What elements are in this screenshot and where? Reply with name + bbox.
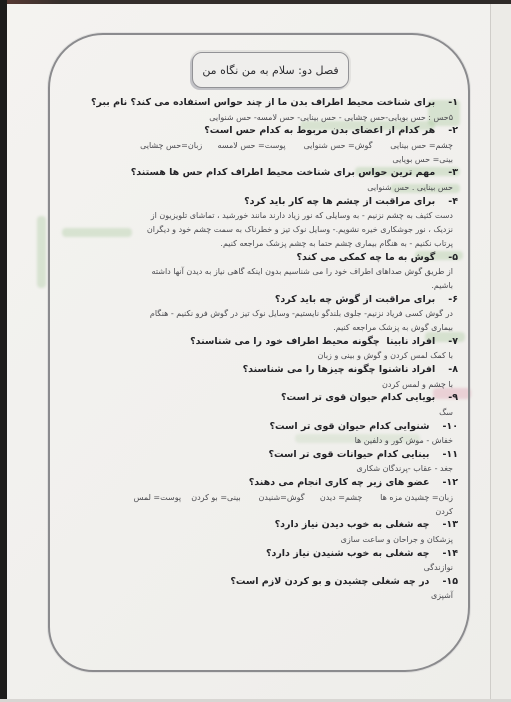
question-block: ۷-افراد نابینا چگونه محیط اطراف خود را م… [58, 335, 458, 363]
answer-line: جغد - عقاب -پرندگان شکاری [58, 462, 458, 476]
question-number: ۸- [448, 363, 458, 378]
question-block: ۶-برای مراقبت از گوش چه باید کرد؟در گوش … [58, 293, 458, 335]
question-text: چه شغلی به خوب دیدن نیاز دارد؟ [275, 519, 430, 530]
paper-right-margin [491, 4, 511, 702]
question-number: ۱۲- [442, 476, 458, 491]
question-line: ۱۱-بینایی کدام حیوانات قوی تر است؟ [58, 448, 458, 463]
ink-bleed-artifact [37, 216, 46, 288]
question-line: ۲-هر کدام از اعضای بدن مربوط به کدام حس … [58, 124, 458, 139]
answer-line: نزدیک ، نور جوشکاری خیره نشویم.- وسایل ن… [58, 223, 458, 237]
question-line: ۳-مهم ترین حواس برای شناخت محیط اطراف کد… [58, 166, 458, 181]
question-line: ۱۳-چه شغلی به خوب دیدن نیاز دارد؟ [58, 518, 458, 533]
question-number: ۶- [448, 293, 458, 308]
question-block: ۱۴-چه شغلی به خوب شنیدن نیاز دارد؟نوازند… [58, 547, 458, 575]
question-line: ۴-برای مراقبت از چشم ها چه کار باید کرد؟ [58, 195, 458, 210]
question-block: ۱-برای شناخت محیط اطراف بدن ما از چند حو… [58, 96, 458, 124]
scanned-worksheet-page: فصل دو: سلام به من نگاه من ۱-برای شناخت … [0, 0, 511, 702]
question-list: ۱-برای شناخت محیط اطراف بدن ما از چند حو… [58, 96, 458, 603]
answer-line: کردن [58, 505, 458, 519]
answer-line: نوازندگی [58, 561, 458, 575]
answer-line: بیماری گوش به پزشک مراجعه کنیم. [58, 321, 458, 335]
question-block: ۱۱-بینایی کدام حیوانات قوی تر است؟جغد - … [58, 448, 458, 476]
answer-line: حس بینایی . حس شنوایی [58, 181, 458, 195]
question-block: ۴-برای مراقبت از چشم ها چه کار باید کرد؟… [58, 195, 458, 251]
question-line: ۱-برای شناخت محیط اطراف بدن ما از چند حو… [58, 96, 458, 111]
question-text: برای مراقبت از گوش چه باید کرد؟ [275, 294, 435, 305]
question-number: ۱- [448, 96, 458, 111]
question-block: ۱۲-عضو های زیر چه کاری انجام می دهند؟زبا… [58, 476, 458, 518]
chapter-title: فصل دو: سلام به من نگاه من [202, 64, 338, 77]
question-text: هر کدام از اعضای بدن مربوط به کدام حس اس… [204, 125, 435, 136]
answer-line: با کمک لمس کردن و گوش و بینی و زبان [58, 349, 458, 363]
question-number: ۱۱- [442, 448, 458, 463]
question-block: ۸-افراد ناشنوا چگونه چیزها را می شناسند؟… [58, 363, 458, 391]
question-number: ۱۰- [442, 420, 458, 435]
answer-line: سگ [58, 406, 458, 420]
question-number: ۳- [448, 166, 458, 181]
question-line: ۱۴-چه شغلی به خوب شنیدن نیاز دارد؟ [58, 547, 458, 562]
answer-line: با چشم و لمس کردن [58, 378, 458, 392]
question-block: ۹-بویایی کدام حیوان قوی تر است؟سگ [58, 391, 458, 419]
question-text: عضو های زیر چه کاری انجام می دهند؟ [249, 477, 430, 488]
answer-line: چشم= حس بینایی گوش= حس شنوایی پوست= حس ل… [58, 139, 458, 153]
answer-line: پزشکان و جراحان و ساعت سازی [58, 533, 458, 547]
question-text: برای مراقبت از چشم ها چه کار باید کرد؟ [244, 196, 435, 207]
question-block: ۲-هر کدام از اعضای بدن مربوط به کدام حس … [58, 124, 458, 166]
answer-line: خفاش - موش کور و دلفین ها [58, 434, 458, 448]
question-block: ۵-گوش به ما چه کمکی می کند؟از طریق گوش ص… [58, 251, 458, 293]
chapter-title-box: فصل دو: سلام به من نگاه من [192, 52, 349, 88]
question-number: ۹- [448, 391, 458, 406]
question-line: ۵-گوش به ما چه کمکی می کند؟ [58, 251, 458, 266]
question-line: ۷-افراد نابینا چگونه محیط اطراف خود را م… [58, 335, 458, 350]
answer-line: آشپزی [58, 589, 458, 603]
answer-line: بینی= حس بویایی [58, 153, 458, 167]
question-number: ۵- [448, 251, 458, 266]
question-number: ۴- [448, 195, 458, 210]
question-text: چه شغلی به خوب شنیدن نیاز دارد؟ [266, 548, 430, 559]
question-text: افراد نابینا چگونه محیط اطراف خود را می … [190, 336, 435, 347]
question-block: ۱۳-چه شغلی به خوب دیدن نیاز دارد؟پزشکان … [58, 518, 458, 546]
question-number: ۷- [448, 335, 458, 350]
question-number: ۱۳- [442, 518, 458, 533]
scanner-edge-top [0, 0, 511, 4]
question-line: ۹-بویایی کدام حیوان قوی تر است؟ [58, 391, 458, 406]
question-text: برای شناخت محیط اطراف بدن ما از چند حواس… [91, 97, 435, 108]
question-text: در چه شغلی چشیدن و بو کردن لازم است؟ [230, 576, 429, 587]
question-text: گوش به ما چه کمکی می کند؟ [296, 252, 435, 263]
answer-line: از طریق گوش صداهای اطراف خود را می شناسی… [58, 265, 458, 279]
answer-line: در گوش کسی فریاد نزنیم- جلوی بلندگو نایس… [58, 307, 458, 321]
question-number: ۲- [448, 124, 458, 139]
question-block: ۳-مهم ترین حواس برای شناخت محیط اطراف کد… [58, 166, 458, 194]
question-text: افراد ناشنوا چگونه چیزها را می شناسند؟ [243, 364, 436, 375]
answer-line: ۵حس : حس بویایی-حس چشایی - حس بینایی- حس… [58, 111, 458, 125]
question-number: ۱۴- [442, 547, 458, 562]
answer-line: پرتاب نکنیم - به هنگام بیماری چشم حتما ب… [58, 237, 458, 251]
question-text: مهم ترین حواس برای شناخت محیط اطراف کدام… [131, 167, 435, 178]
question-line: ۱۲-عضو های زیر چه کاری انجام می دهند؟ [58, 476, 458, 491]
question-text: بینایی کدام حیوانات قوی تر است؟ [268, 449, 429, 460]
question-line: ۸-افراد ناشنوا چگونه چیزها را می شناسند؟ [58, 363, 458, 378]
answer-line: زبان= چشیدن مزه ها چشم= دیدن گوش=شنیدن ب… [58, 491, 458, 505]
answer-line: باشیم. [58, 279, 458, 293]
question-block: ۱۰-شنوایی کدام حیوان قوی تر است؟خفاش - م… [58, 420, 458, 448]
page-edge-crease [490, 4, 491, 702]
question-line: ۱۰-شنوایی کدام حیوان قوی تر است؟ [58, 420, 458, 435]
question-line: ۱۵-در چه شغلی چشیدن و بو کردن لازم است؟ [58, 575, 458, 590]
question-block: ۱۵-در چه شغلی چشیدن و بو کردن لازم است؟آ… [58, 575, 458, 603]
question-text: بویایی کدام حیوان قوی تر است؟ [281, 392, 435, 403]
scanner-edge-left [0, 0, 7, 702]
question-line: ۶-برای مراقبت از گوش چه باید کرد؟ [58, 293, 458, 308]
question-text: شنوایی کدام حیوان قوی تر است؟ [269, 421, 429, 432]
question-number: ۱۵- [442, 575, 458, 590]
answer-line: دست کثیف به چشم نزنیم - به وسایلی که نور… [58, 209, 458, 223]
